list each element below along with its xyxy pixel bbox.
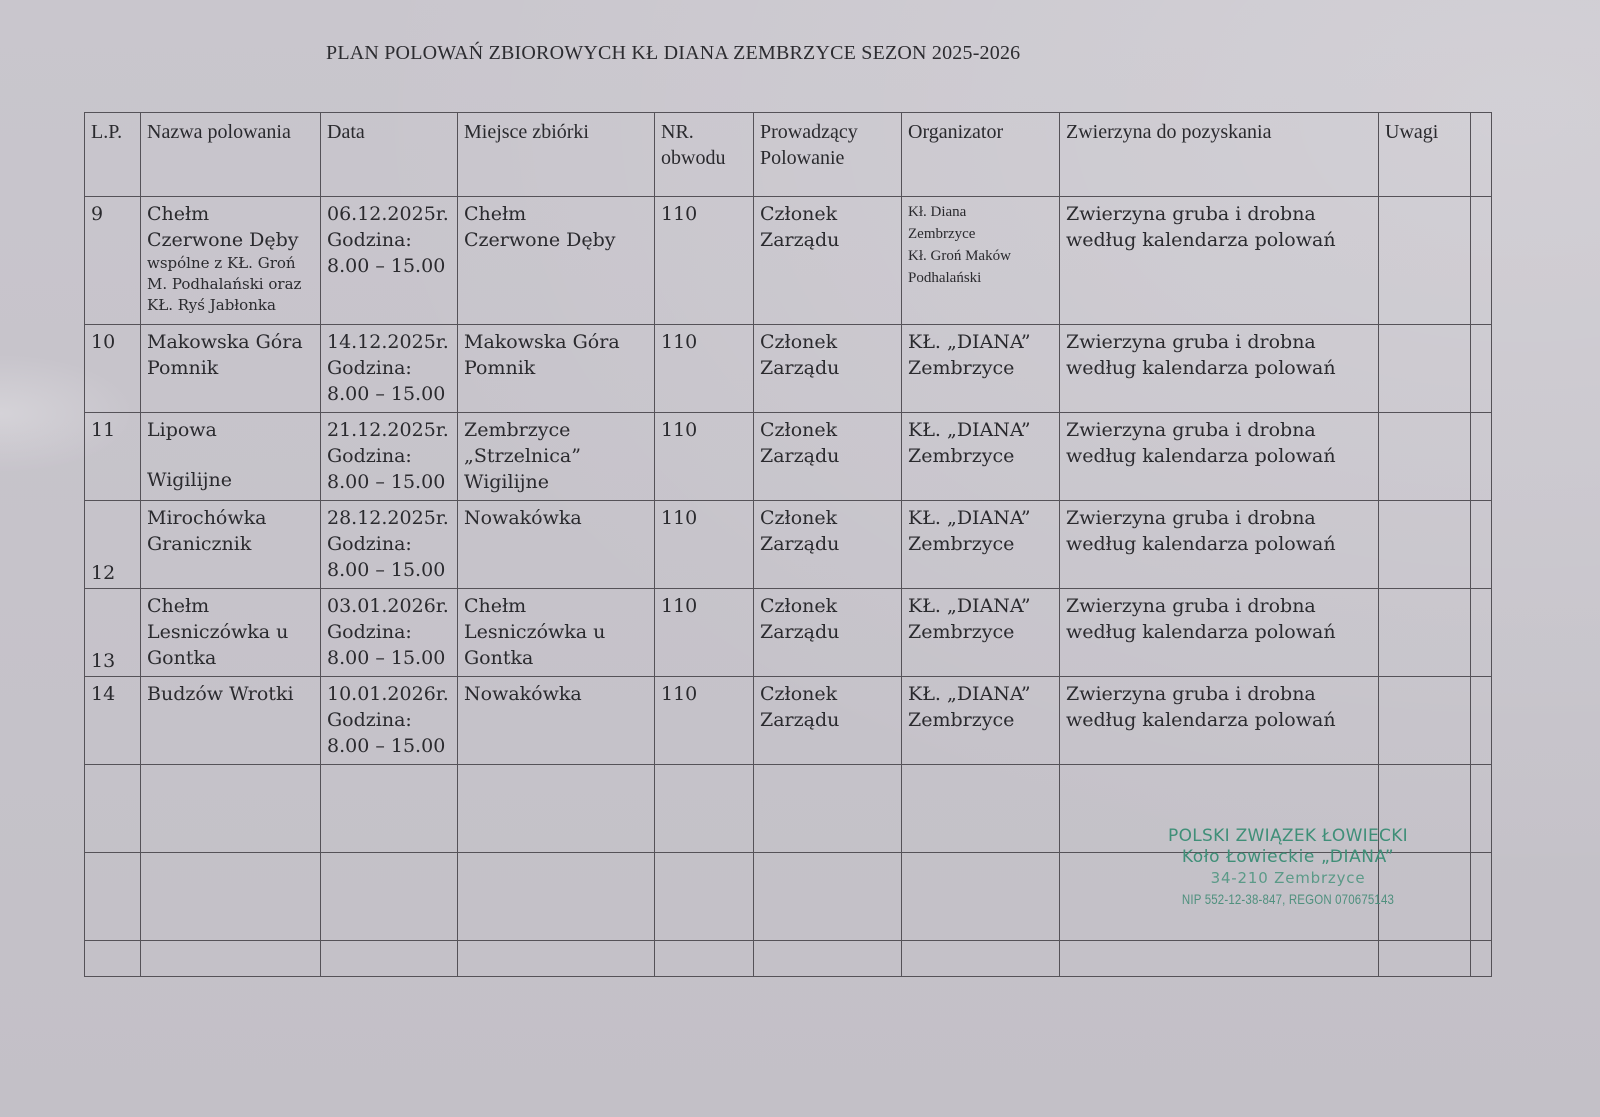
cell-game: Zwierzyna gruba i drobna według kalendar…: [1060, 197, 1379, 325]
cell-place: Zembrzyce „Strzelnica” Wigilijne: [458, 413, 655, 501]
cell-notes: [1379, 677, 1471, 765]
cell-lp: 11: [85, 413, 141, 501]
cell-lp: 14: [85, 677, 141, 765]
empty-row: [85, 941, 1492, 977]
cell-district: 110: [655, 677, 754, 765]
cell-date: 06.12.2025r. Godzina: 8.00 – 15.00: [321, 197, 458, 325]
cell-game: Zwierzyna gruba i drobna według kalendar…: [1060, 501, 1379, 589]
cell-place: Makowska Góra Pomnik: [458, 325, 655, 413]
cell-date: 03.01.2026r. Godzina: 8.00 – 15.00: [321, 589, 458, 677]
cell-name: Chełm Lesniczówka u Gontka: [141, 589, 321, 677]
cell-extra: [1471, 589, 1492, 677]
cell-date: 21.12.2025r. Godzina: 8.00 – 15.00: [321, 413, 458, 501]
header-lp: L.P.: [85, 113, 141, 197]
header-extra: [1471, 113, 1492, 197]
cell-organizer: KŁ. „DIANA” Zembrzyce: [902, 413, 1060, 501]
cell-game: Zwierzyna gruba i drobna według kalendar…: [1060, 677, 1379, 765]
cell-district: 110: [655, 589, 754, 677]
cell-notes: [1379, 413, 1471, 501]
cell-lp: 10: [85, 325, 141, 413]
stamp-line-address: 34-210 Zembrzyce: [1158, 868, 1418, 889]
cell-game: Zwierzyna gruba i drobna według kalendar…: [1060, 413, 1379, 501]
cell-leader: Członek Zarządu: [754, 197, 902, 325]
cell-place: Chełm Czerwone Dęby: [458, 197, 655, 325]
cell-extra: [1471, 501, 1492, 589]
cell-place: Nowakówka: [458, 677, 655, 765]
header-leader: Prowadzący Polowanie: [754, 113, 902, 197]
cell-date: 10.01.2026r. Godzina: 8.00 – 15.00: [321, 677, 458, 765]
cell-leader: Członek Zarządu: [754, 413, 902, 501]
stamp-line-club: Koło Łowieckie „DIANA”: [1158, 847, 1418, 868]
header-game: Zwierzyna do pozyskania: [1060, 113, 1379, 197]
cell-district: 110: [655, 413, 754, 501]
header-district: NR. obwodu: [655, 113, 754, 197]
cell-place: Chełm Lesniczówka u Gontka: [458, 589, 655, 677]
table-row: 12 Mirochówka Granicznik 28.12.2025r. Go…: [85, 501, 1492, 589]
cell-extra: [1471, 413, 1492, 501]
cell-organizer: Kł. Diana Zembrzyce Kł. Groń Maków Podha…: [902, 197, 1060, 325]
cell-leader: Członek Zarządu: [754, 589, 902, 677]
header-date: Data: [321, 113, 458, 197]
header-notes: Uwagi: [1379, 113, 1471, 197]
table-row: 14 Budzów Wrotki 10.01.2026r. Godzina: 8…: [85, 677, 1492, 765]
cell-organizer: KŁ. „DIANA” Zembrzyce: [902, 677, 1060, 765]
cell-notes: [1379, 501, 1471, 589]
organization-stamp: POLSKI ZWIĄZEK ŁOWIECKI Koło Łowieckie „…: [1158, 826, 1418, 910]
cell-leader: Członek Zarządu: [754, 677, 902, 765]
cell-date: 28.12.2025r. Godzina: 8.00 – 15.00: [321, 501, 458, 589]
cell-name: Chełm Czerwone Dęby wspólne z KŁ. Groń M…: [141, 197, 321, 325]
document-title: PLAN POLOWAŃ ZBIOROWYCH KŁ DIANA ZEMBRZY…: [326, 42, 1020, 65]
cell-extra: [1471, 677, 1492, 765]
cell-name: Lipowa Wigilijne: [141, 413, 321, 501]
table-row: 13 Chełm Lesniczówka u Gontka 03.01.2026…: [85, 589, 1492, 677]
cell-lp: 9: [85, 197, 141, 325]
cell-extra: [1471, 325, 1492, 413]
cell-lp: 13: [85, 589, 141, 677]
header-place: Miejsce zbiórki: [458, 113, 655, 197]
cell-leader: Członek Zarządu: [754, 501, 902, 589]
cell-name: Budzów Wrotki: [141, 677, 321, 765]
cell-name: Makowska Góra Pomnik: [141, 325, 321, 413]
cell-organizer: KŁ. „DIANA” Zembrzyce: [902, 501, 1060, 589]
stamp-line-association: POLSKI ZWIĄZEK ŁOWIECKI: [1158, 826, 1418, 847]
header-name: Nazwa polowania: [141, 113, 321, 197]
cell-district: 110: [655, 197, 754, 325]
cell-organizer: KŁ. „DIANA” Zembrzyce: [902, 589, 1060, 677]
cell-district: 110: [655, 501, 754, 589]
cell-district: 110: [655, 325, 754, 413]
table-row: 9 Chełm Czerwone Dęby wspólne z KŁ. Groń…: [85, 197, 1492, 325]
cell-place: Nowakówka: [458, 501, 655, 589]
cell-organizer: KŁ. „DIANA” Zembrzyce: [902, 325, 1060, 413]
cell-name: Mirochówka Granicznik: [141, 501, 321, 589]
table-header-row: L.P. Nazwa polowania Data Miejsce zbiórk…: [85, 113, 1492, 197]
cell-notes: [1379, 589, 1471, 677]
cell-notes: [1379, 197, 1471, 325]
stamp-line-tax-ids: NIP 552-12-38-847, REGON 070675143: [1181, 889, 1394, 910]
cell-extra: [1471, 197, 1492, 325]
cell-lp: 12: [85, 501, 141, 589]
header-organizer: Organizator: [902, 113, 1060, 197]
cell-game: Zwierzyna gruba i drobna według kalendar…: [1060, 325, 1379, 413]
cell-game: Zwierzyna gruba i drobna według kalendar…: [1060, 589, 1379, 677]
table-row: 10 Makowska Góra Pomnik 14.12.2025r. God…: [85, 325, 1492, 413]
cell-date: 14.12.2025r. Godzina: 8.00 – 15.00: [321, 325, 458, 413]
cell-leader: Członek Zarządu: [754, 325, 902, 413]
cell-notes: [1379, 325, 1471, 413]
table-row: 11 Lipowa Wigilijne 21.12.2025r. Godzina…: [85, 413, 1492, 501]
